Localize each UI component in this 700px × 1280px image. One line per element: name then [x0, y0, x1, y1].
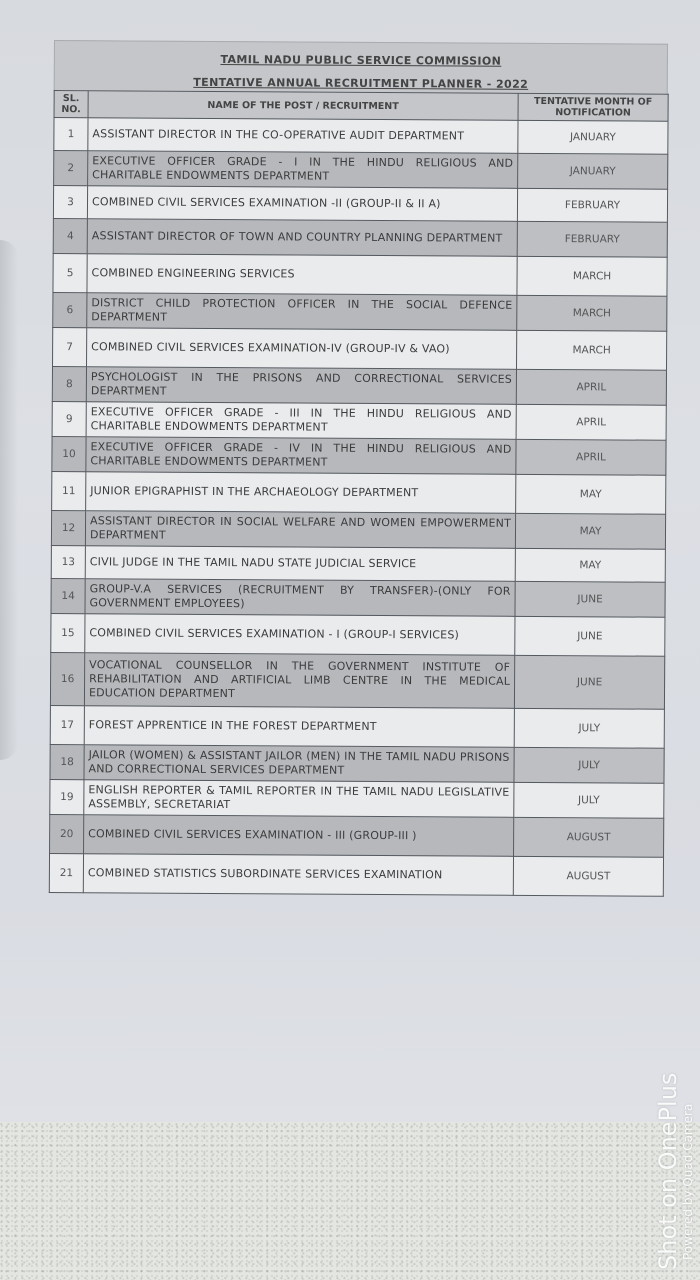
- row-post-name: ASSISTANT DIRECTOR IN THE CO-OPERATIVE A…: [88, 118, 518, 154]
- row-post-name: PSYCHOLOGIST IN THE PRISONS AND CORRECTI…: [86, 367, 516, 405]
- row-sl-number: 12: [51, 510, 85, 545]
- row-notification-month: JANUARY: [518, 120, 668, 154]
- row-post-name: VOCATIONAL COUNSELLOR IN THE GOVERNMENT …: [84, 653, 514, 709]
- table-row: 6DISTRICT CHILD PROTECTION OFFICER IN TH…: [53, 292, 667, 331]
- row-post-name: EXECUTIVE OFFICER GRADE - III IN THE HIN…: [86, 402, 516, 440]
- finger-shadow: [0, 240, 18, 760]
- row-post-name: ASSISTANT DIRECTOR OF TOWN AND COUNTRY P…: [87, 219, 517, 257]
- row-sl-number: 21: [49, 853, 83, 892]
- row-notification-month: FEBRUARY: [517, 221, 667, 257]
- camera-watermark: Shot on OnePlus Powered by Quad Camera: [655, 1060, 700, 1270]
- row-post-name: EXECUTIVE OFFICER GRADE - IV IN THE HIND…: [86, 437, 516, 475]
- row-post-name: COMBINED CIVIL SERVICES EXAMINATION - II…: [84, 815, 514, 857]
- row-sl-number: 1: [54, 118, 88, 151]
- table-row: 1ASSISTANT DIRECTOR IN THE CO-OPERATIVE …: [54, 118, 668, 155]
- row-notification-month: MAY: [515, 548, 665, 582]
- document-subtitle: TENTATIVE ANNUAL RECRUITMENT PLANNER - 2…: [55, 75, 667, 92]
- row-notification-month: MARCH: [517, 256, 667, 296]
- table-row: 5COMBINED ENGINEERING SERVICESMARCH: [53, 253, 667, 296]
- column-header-month: TENTATIVE MONTH OF NOTIFICATION: [518, 93, 668, 121]
- table-header-row: SL. NO. NAME OF THE POST / RECRUITMENT T…: [54, 91, 668, 122]
- row-sl-number: 17: [50, 705, 84, 744]
- row-notification-month: JULY: [514, 782, 664, 818]
- row-notification-month: MAY: [515, 513, 665, 549]
- row-sl-number: 8: [52, 366, 86, 401]
- row-notification-month: JULY: [514, 708, 664, 748]
- row-sl-number: 9: [52, 401, 86, 436]
- row-post-name: COMBINED ENGINEERING SERVICES: [87, 254, 517, 296]
- table-row: 21COMBINED STATISTICS SUBORDINATE SERVIC…: [49, 853, 663, 896]
- table-row: 15COMBINED CIVIL SERVICES EXAMINATION - …: [51, 613, 665, 656]
- table-row: 17FOREST APPRENTICE IN THE FOREST DEPART…: [50, 705, 664, 748]
- table-row: 7COMBINED CIVIL SERVICES EXAMINATION-IV …: [53, 327, 667, 370]
- row-post-name: COMBINED CIVIL SERVICES EXAMINATION -II …: [87, 186, 517, 222]
- row-post-name: COMBINED STATISTICS SUBORDINATE SERVICES…: [83, 854, 513, 896]
- row-sl-number: 20: [50, 814, 84, 853]
- table-row: 18JAILOR (WOMEN) & ASSISTANT JAILOR (MEN…: [50, 744, 664, 783]
- table-row: 13CIVIL JUDGE IN THE TAMIL NADU STATE JU…: [51, 545, 665, 582]
- row-post-name: DISTRICT CHILD PROTECTION OFFICER IN THE…: [87, 293, 517, 331]
- recruitment-planner-document: TAMIL NADU PUBLIC SERVICE COMMISSION TEN…: [49, 40, 668, 897]
- row-notification-month: MAY: [516, 474, 666, 514]
- table-row: 10EXECUTIVE OFFICER GRADE - IV IN THE HI…: [52, 436, 666, 475]
- row-notification-month: FEBRUARY: [517, 188, 667, 222]
- row-post-name: GROUP-V.A SERVICES (RECRUITMENT BY TRANS…: [85, 579, 515, 617]
- row-sl-number: 4: [53, 218, 87, 253]
- table-row: 16VOCATIONAL COUNSELLOR IN THE GOVERNMEN…: [50, 652, 664, 709]
- table-row: 4ASSISTANT DIRECTOR OF TOWN AND COUNTRY …: [53, 218, 667, 257]
- row-sl-number: 7: [53, 327, 87, 366]
- row-notification-month: JUNE: [515, 616, 665, 656]
- row-sl-number: 18: [50, 744, 84, 779]
- table-row: 2EXECUTIVE OFFICER GRADE - I IN THE HIND…: [54, 151, 668, 190]
- row-post-name: JUNIOR EPIGRAPHIST IN THE ARCHAEOLOGY DE…: [86, 472, 516, 514]
- document-title: TAMIL NADU PUBLIC SERVICE COMMISSION: [55, 52, 667, 69]
- table-row: 11JUNIOR EPIGRAPHIST IN THE ARCHAEOLOGY …: [52, 471, 666, 514]
- row-sl-number: 11: [52, 471, 86, 510]
- row-notification-month: MARCH: [517, 295, 667, 331]
- row-sl-number: 14: [51, 578, 85, 613]
- row-sl-number: 13: [51, 545, 85, 578]
- row-notification-month: APRIL: [516, 404, 666, 440]
- row-sl-number: 19: [50, 779, 84, 814]
- row-sl-number: 10: [52, 436, 86, 471]
- fabric-surface: [0, 1122, 700, 1280]
- row-notification-month: APRIL: [516, 439, 666, 475]
- row-notification-month: JULY: [514, 747, 664, 783]
- recruitment-table: SL. NO. NAME OF THE POST / RECRUITMENT T…: [49, 90, 669, 897]
- row-sl-number: 16: [50, 652, 84, 705]
- table-row: 9EXECUTIVE OFFICER GRADE - III IN THE HI…: [52, 401, 666, 440]
- row-post-name: ENGLISH REPORTER & TAMIL REPORTER IN THE…: [84, 780, 514, 818]
- row-sl-number: 2: [54, 151, 88, 186]
- table-body: 1ASSISTANT DIRECTOR IN THE CO-OPERATIVE …: [49, 118, 668, 897]
- row-post-name: COMBINED CIVIL SERVICES EXAMINATION-IV (…: [87, 328, 517, 370]
- row-post-name: FOREST APPRENTICE IN THE FOREST DEPARTME…: [84, 706, 514, 748]
- column-header-sl-no: SL. NO.: [54, 91, 88, 118]
- row-notification-month: JUNE: [515, 581, 665, 617]
- row-sl-number: 3: [53, 186, 87, 219]
- row-notification-month: APRIL: [516, 369, 666, 405]
- row-post-name: CIVIL JUDGE IN THE TAMIL NADU STATE JUDI…: [85, 546, 515, 582]
- row-notification-month: JANUARY: [518, 153, 668, 189]
- table-row: 14GROUP-V.A SERVICES (RECRUITMENT BY TRA…: [51, 578, 665, 617]
- row-post-name: COMBINED CIVIL SERVICES EXAMINATION - I …: [85, 614, 515, 656]
- watermark-brand-text: Shot on OnePlus: [655, 1060, 681, 1270]
- row-notification-month: MARCH: [516, 330, 666, 370]
- table-row: 3COMBINED CIVIL SERVICES EXAMINATION -II…: [53, 186, 667, 223]
- row-notification-month: AUGUST: [514, 817, 664, 857]
- row-sl-number: 5: [53, 253, 87, 292]
- row-post-name: JAILOR (WOMEN) & ASSISTANT JAILOR (MEN) …: [84, 745, 514, 783]
- column-header-post-name: NAME OF THE POST / RECRUITMENT: [88, 91, 518, 121]
- table-row: 20COMBINED CIVIL SERVICES EXAMINATION - …: [50, 814, 664, 857]
- table-row: 19ENGLISH REPORTER & TAMIL REPORTER IN T…: [50, 779, 664, 818]
- row-post-name: EXECUTIVE OFFICER GRADE - I IN THE HINDU…: [88, 151, 518, 189]
- row-sl-number: 15: [51, 613, 85, 652]
- document-header: TAMIL NADU PUBLIC SERVICE COMMISSION TEN…: [54, 40, 668, 94]
- row-sl-number: 6: [53, 292, 87, 327]
- row-notification-month: AUGUST: [513, 856, 663, 896]
- table-row: 12ASSISTANT DIRECTOR IN SOCIAL WELFARE A…: [51, 510, 665, 549]
- row-post-name: ASSISTANT DIRECTOR IN SOCIAL WELFARE AND…: [85, 511, 515, 549]
- watermark-subtext: Powered by Quad Camera: [681, 1060, 695, 1260]
- row-notification-month: JUNE: [514, 655, 664, 709]
- table-row: 8PSYCHOLOGIST IN THE PRISONS AND CORRECT…: [52, 366, 666, 405]
